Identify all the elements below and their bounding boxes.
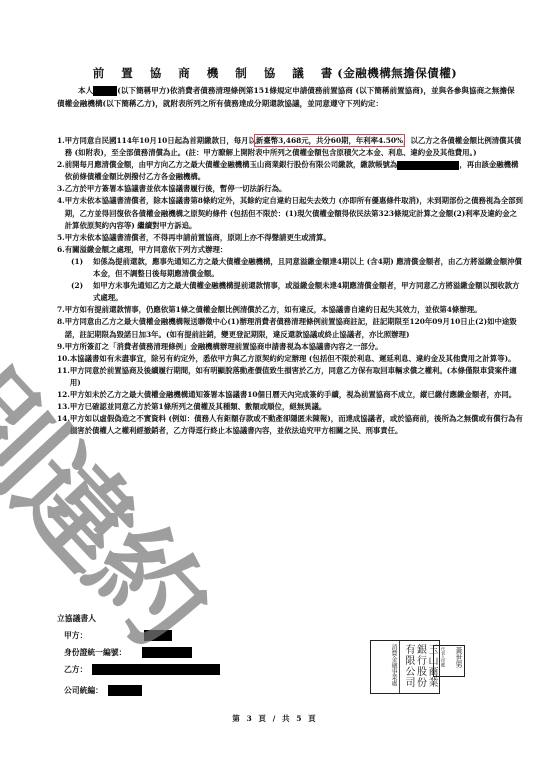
clause-2: 2. 前開每月應清償金額，由甲方向乙方之最大債權金融機構玉山商業銀行股份有限公司… — [57, 159, 523, 183]
clause-4: 4. 甲方未依本協議書清償者，除本協議書第8條約定外，其餘約定自違約日起失去效力… — [57, 195, 523, 231]
clause-1: 1. 甲方同意自民國114年10月10日起為首期繳款日，每月以新臺幣3,468元… — [57, 135, 523, 159]
clause-11: 11. 甲方同意於前置協商及後續履行期間，如有明顯脫落動產價值致生損害於乙方，同… — [57, 365, 523, 389]
bank-seal-stamp: 消費金融事業處 玉山商業銀行股份有限公司 — [370, 640, 440, 694]
clause-14: 14. 甲方如以虛假偽造之不實資料 (例如：債務人有鉅額存款或不動產卻隱匿未陳報… — [57, 413, 523, 437]
redacted-id-number — [142, 647, 192, 658]
intro-text: (以下簡稱甲方)依消費者債務清理條例第151條規定申請債務前置協商 (以下簡稱前… — [57, 86, 515, 108]
sub-clause-6-1: (1) 如係為提前還款，應事先通知乙方之最大債權金融機構，且同意溢繳金額達4期以… — [57, 256, 523, 280]
redacted-company-id — [108, 685, 142, 696]
redacted-party-a — [144, 630, 172, 641]
page-number: 第 3 頁 / 共 5 頁 — [0, 713, 550, 724]
clause-7: 7. 甲方如有提前還款情事，仍應依第1條之債權金額比例清償於乙方，如有違反，本協… — [57, 304, 523, 316]
redacted-name — [93, 86, 117, 96]
intro-prefix: 本人 — [78, 86, 93, 95]
clauses-list: 1. 甲方同意自民國114年10月10日起為首期繳款日，每月以新臺幣3,468元… — [57, 135, 523, 437]
clause-8: 8. 甲方同意由乙方之最大債權金融機構報送聯徵中心(1)辦理消費者債務清理條例前… — [57, 316, 523, 340]
signature-heading: 立協議書人 — [57, 610, 220, 627]
sub-clause-6-2: (2) 如甲方未事先通知乙方之最大債權金融機構提前還款情事，或溢繳金額未達4期應… — [57, 280, 523, 304]
id-number-label: 身份證統一編號： — [57, 645, 142, 661]
intro-paragraph: 本人(以下簡稱甲方)依消費者債務清理條例第151條規定申請債務前置協商 (以下簡… — [57, 84, 515, 110]
company-id-label: 公司統編： — [57, 683, 108, 699]
bank-seal-department: 消費金融事業處 — [371, 641, 400, 693]
signature-block: 立協議書人 甲方： 身份證統一編號： 乙方： 公司統編： — [57, 610, 220, 699]
clause-6: 6. 有關溢繳金額之處理，甲方同意依下列方式辦理： — [57, 244, 523, 256]
clause-3: 3. 乙方於甲方簽署本協議書並依本協議書履行後，暫停一切法訴行為。 — [57, 183, 523, 195]
clause-9: 9. 甲方所簽訂之「消費者債務清理條例」金融機構辦理前置協商申請書視為本協議書內… — [57, 341, 523, 353]
redacted-account-number — [397, 161, 459, 170]
clause-10: 10. 本協議書如有未盡事宜，除另有約定外，悉依甲方與乙方原契約約定辦理 (包括… — [57, 353, 523, 365]
clause-5: 5. 甲方未依本協議書清償者，不得再申請前置協商，原則上亦不得聲請更生或清算。 — [57, 232, 523, 244]
document-page: 前 置 協 商 機 制 協 議 書 (金融機構無擔保債權) 本人(以下簡稱甲方)… — [0, 0, 550, 778]
redacted-party-b — [92, 664, 220, 675]
representative-seal-stamp: 代表人印鑑 黃世男 — [433, 645, 465, 677]
clause-13: 13. 甲方已確認並同意乙方於第1條所列之債權及其種類、數額或順位，絕無異議。 — [57, 401, 523, 413]
payment-terms-highlight: 新臺幣3,468元，共分60期，年利率4.50% — [256, 136, 403, 145]
party-b-label: 乙方： — [57, 662, 92, 678]
representative-seal-name: 黃世男 — [447, 646, 464, 676]
party-a-label: 甲方： — [57, 628, 144, 644]
clause-12: 12. 甲方如未於乙方之最大債權金融機構通知簽署本協議書10個日曆天內完成簽約手… — [57, 389, 523, 401]
document-title: 前 置 協 商 機 制 協 議 書 (金融機構無擔保債權) — [0, 65, 550, 81]
